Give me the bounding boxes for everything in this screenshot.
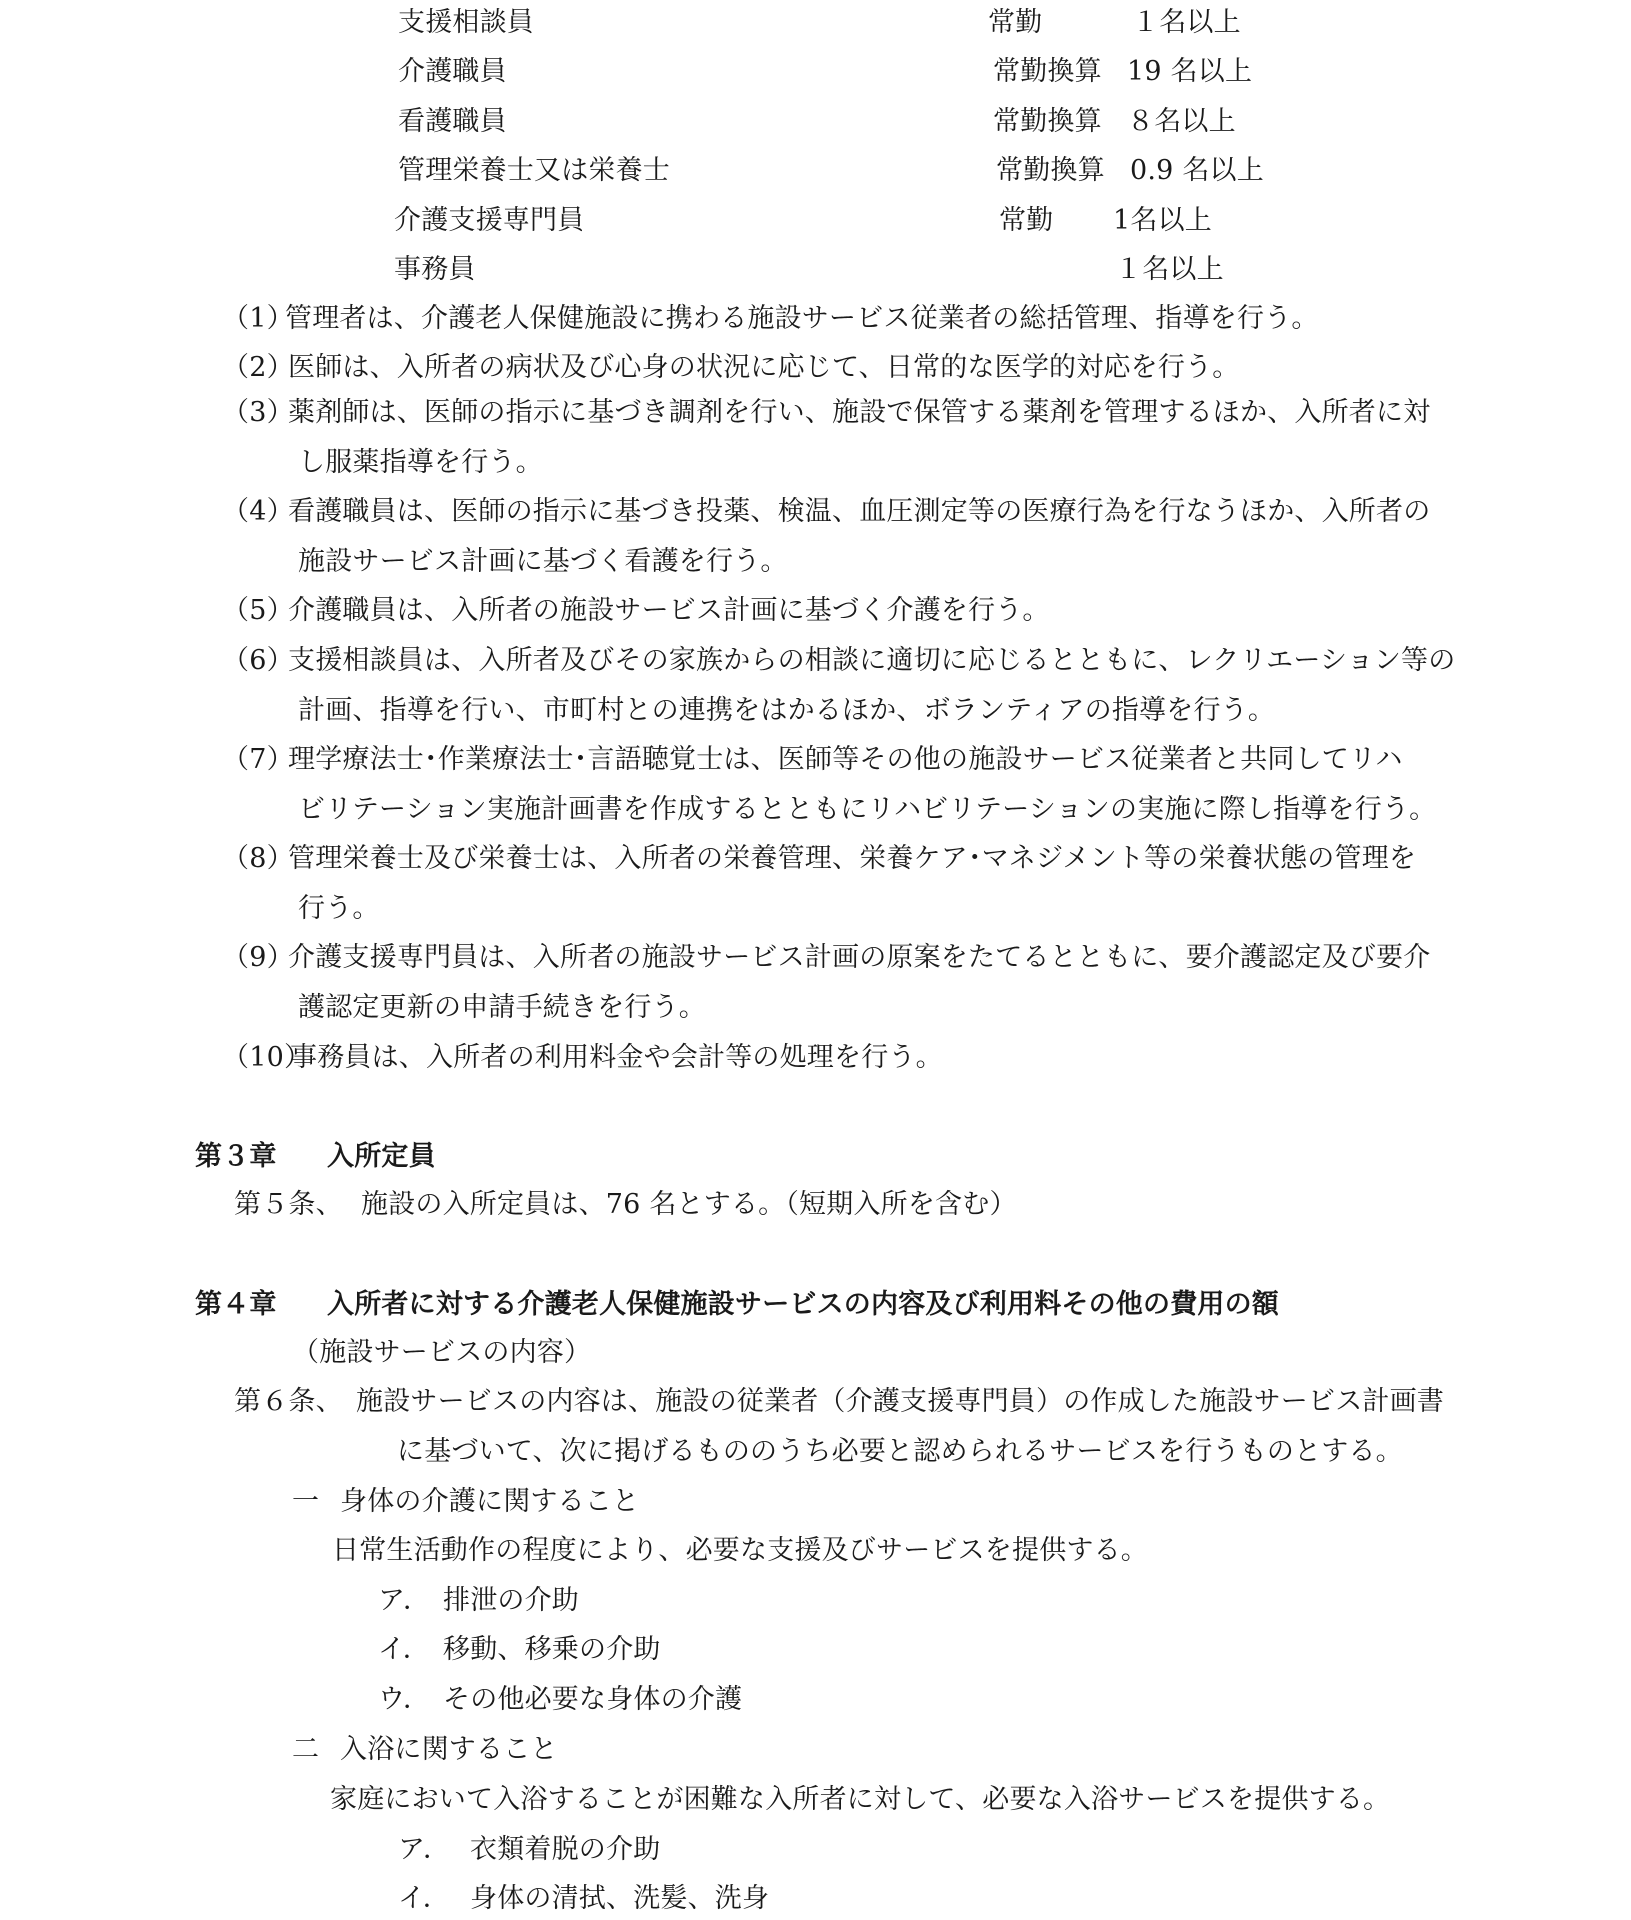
article-label: 第６条、 (234, 1385, 343, 1419)
item-mark: ア． (378, 1584, 430, 1618)
section-title: 身体の介護に関すること (340, 1485, 639, 1519)
duty-number: （7） (222, 743, 294, 777)
duty-text: 管理栄養士及び栄養士は、入所者の栄養管理、栄養ケア･マネジメント等の栄養状態の管… (288, 842, 1416, 876)
duty-text-continued: し服薬指導を行う。 (298, 446, 543, 480)
staff-count: １名以上 (1132, 6, 1241, 40)
staff-role: 支援相談員 (398, 6, 534, 40)
duty-text-continued: ビリテーション実施計画書を作成するとともにリハビリテーションの実施に際し指導を行… (298, 793, 1436, 827)
staff-count: 19 名以上 (1127, 55, 1252, 89)
duty-number: （5） (222, 594, 294, 628)
item-text: その他必要な身体の介護 (443, 1683, 742, 1717)
staff-role: 介護職員 (398, 55, 507, 89)
staff-count: １名以上 (1115, 253, 1224, 287)
section-title: 入浴に関すること (340, 1733, 558, 1767)
duty-text-continued: 計画、指導を行い、市町村との連携をはかるほか、ボランティアの指導を行う。 (298, 694, 1275, 728)
section-description: 家庭において入浴することが困難な入所者に対して、必要な入浴サービスを提供する。 (330, 1783, 1390, 1817)
staff-count: ８名以上 (1127, 105, 1236, 139)
chapter-title: 入所定員 (327, 1140, 436, 1174)
staff-role: 事務員 (394, 253, 476, 287)
duty-text-continued: 行う。 (298, 892, 380, 926)
item-text: 身体の清拭、洗髪、洗身 (470, 1882, 769, 1916)
duty-number: （4） (222, 495, 294, 529)
article-text: 施設サービスの内容は、施設の従業者（介護支援専門員）の作成した施設サービス計画書 (356, 1385, 1444, 1419)
duty-text: 事務員は、入所者の利用料金や会計等の処理を行う。 (290, 1041, 943, 1075)
duty-number: （1） (222, 302, 294, 336)
duty-number: （2） (222, 351, 294, 385)
article-text-continued: に基づいて、次に掲げるもののうち必要と認められるサービスを行うものとする。 (397, 1435, 1403, 1469)
article-text: 施設の入所定員は、76 名とする。（短期入所を含む） (361, 1188, 1017, 1222)
section-subheading: （施設サービスの内容） (292, 1336, 591, 1370)
document-page: 支援相談員 常勤 １名以上 介護職員 常勤換算 19 名以上 看護職員 常勤換算… (0, 0, 1631, 1920)
staff-count: 0.9 名以上 (1130, 154, 1264, 188)
article-label: 第５条、 (234, 1188, 343, 1222)
duty-text: 医師は、入所者の病状及び心身の状況に応じて、日常的な医学的対応を行う。 (288, 351, 1239, 385)
staff-count: 1名以上 (1113, 204, 1212, 238)
staff-basis: 常勤換算 (993, 55, 1102, 89)
section-number: 一 (292, 1485, 319, 1519)
item-mark: イ． (378, 1633, 430, 1667)
staff-basis: 常勤 (988, 6, 1042, 40)
duty-text: 介護職員は、入所者の施設サービス計画に基づく介護を行う。 (288, 594, 1050, 628)
chapter-number: 第４章 (195, 1288, 277, 1322)
staff-basis: 常勤 (999, 204, 1053, 238)
staff-role: 管理栄養士又は栄養士 (398, 154, 670, 188)
duty-text-continued: 護認定更新の申請手続きを行う。 (298, 991, 706, 1025)
duty-text: 看護職員は、医師の指示に基づき投薬、検温、血圧測定等の医療行為を行なうほか、入所… (288, 495, 1430, 529)
staff-basis: 常勤換算 (993, 105, 1102, 139)
duty-text: 支援相談員は、入所者及びその家族からの相談に適切に応じるとともに、レクリエーショ… (288, 644, 1455, 678)
section-description: 日常生活動作の程度により、必要な支援及びサービスを提供する。 (332, 1534, 1148, 1568)
staff-basis: 常勤換算 (996, 154, 1105, 188)
item-mark: ウ． (378, 1683, 430, 1717)
duty-text: 介護支援専門員は、入所者の施設サービス計画の原案をたてるとともに、要介護認定及び… (288, 941, 1430, 975)
duty-number: （3） (222, 396, 294, 430)
staff-role: 介護支援専門員 (394, 204, 584, 238)
duty-number: （9） (222, 941, 294, 975)
item-mark: ア． (398, 1833, 450, 1867)
duty-number: （6） (222, 644, 294, 678)
item-text: 衣類着脱の介助 (470, 1833, 660, 1867)
item-text: 排泄の介助 (443, 1584, 579, 1618)
item-text: 移動、移乗の介助 (443, 1633, 661, 1667)
staff-role: 看護職員 (398, 105, 507, 139)
duty-number: （8） (222, 842, 294, 876)
item-mark: イ． (398, 1882, 450, 1916)
duty-text: 管理者は、介護老人保健施設に携わる施設サービス従業者の総括管理、指導を行う。 (285, 302, 1319, 336)
chapter-title: 入所者に対する介護老人保健施設サービスの内容及び利用料その他の費用の額 (327, 1288, 1279, 1322)
duty-text: 理学療法士･作業療法士･言語聴覚士は、医師等その他の施設サービス従業者と共同して… (288, 743, 1403, 777)
duty-text-continued: 施設サービス計画に基づく看護を行う。 (298, 545, 788, 579)
chapter-number: 第３章 (195, 1140, 277, 1174)
duty-text: 薬剤師は、医師の指示に基づき調剤を行い、施設で保管する薬剤を管理するほか、入所者… (288, 396, 1430, 430)
section-number: 二 (292, 1733, 319, 1767)
